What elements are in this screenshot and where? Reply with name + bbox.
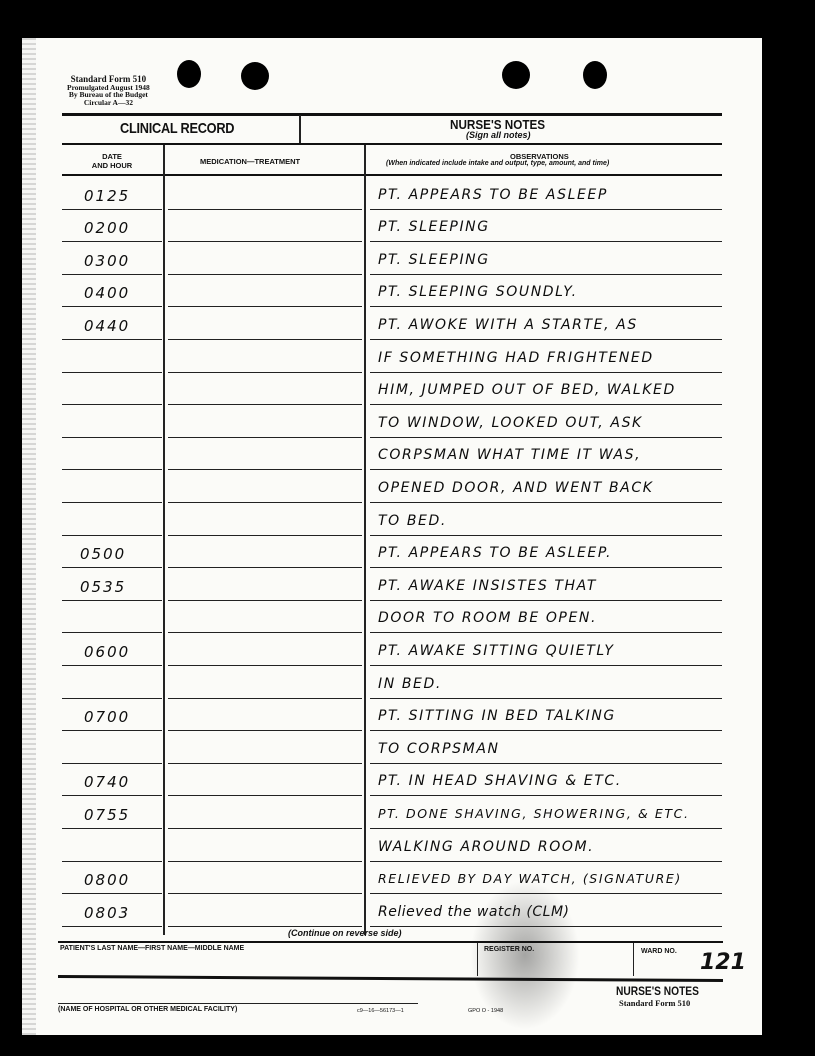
footer-form-number: Standard Form 510 <box>619 998 690 1008</box>
observation-cell-line <box>370 861 722 862</box>
medication-cell-line <box>168 763 362 764</box>
medication-cell-line <box>168 469 362 470</box>
date-cell-line <box>62 437 162 438</box>
header-bottom-rule <box>62 174 722 176</box>
punch-hole <box>241 62 269 90</box>
header-mid-rule <box>62 143 722 145</box>
entry-observation: PT. AWOKE WITH A STARTE, AS <box>378 317 638 333</box>
entry-observation: TO CORPSMAN <box>378 741 500 757</box>
form-identification: Standard Form 510 Promulgated August 194… <box>67 76 150 106</box>
date-cell-line <box>62 339 162 340</box>
medication-cell-line <box>168 535 362 536</box>
medication-cell-line <box>168 404 362 405</box>
date-cell-line <box>62 828 162 829</box>
entry-observation: PT. AWAKE SITTING QUIETLY <box>378 643 615 659</box>
medication-cell-line <box>168 209 362 210</box>
entry-time: 0740 <box>84 773 130 791</box>
footer-top-rule <box>58 941 723 943</box>
entry-time: 0800 <box>84 871 130 889</box>
entry-time: 0300 <box>84 252 130 270</box>
entry-observation: PT. APPEARS TO BE ASLEEP <box>378 187 608 203</box>
date-cell-line <box>62 404 162 405</box>
entry-observation: PT. SITTING IN BED TALKING <box>378 708 616 724</box>
entry-observation: PT. SLEEPING <box>378 252 490 268</box>
date-cell-line <box>62 600 162 601</box>
date-cell-line <box>62 665 162 666</box>
date-cell-line <box>62 372 162 373</box>
date-cell-line <box>62 502 162 503</box>
medication-cell-line <box>168 861 362 862</box>
ward-label: WARD NO. <box>641 948 677 955</box>
entry-observation: HIM, JUMPED OUT OF BED, WALKED <box>378 382 676 398</box>
observation-cell-line <box>370 698 722 699</box>
hospital-name-line <box>58 1003 418 1004</box>
date-cell-line <box>62 795 162 796</box>
col-header-observations-sub: (When indicated include intake and outpu… <box>386 160 609 167</box>
register-label: REGISTER NO. <box>484 946 534 953</box>
entry-observation: DOOR TO ROOM BE OPEN. <box>378 610 597 626</box>
column-divider-date <box>163 145 165 935</box>
medication-cell-line <box>168 828 362 829</box>
observation-cell-line <box>370 404 722 405</box>
observation-cell-line <box>370 339 722 340</box>
medication-cell-line <box>168 632 362 633</box>
medication-cell-line <box>168 698 362 699</box>
observation-cell-line <box>370 372 722 373</box>
punch-hole <box>177 60 201 88</box>
observation-cell-line <box>370 274 722 275</box>
header-top-rule <box>62 113 722 116</box>
medication-cell-line <box>168 502 362 503</box>
footer-divider-ward <box>633 943 634 976</box>
print-code: c9—16—56173—1 <box>357 1008 404 1014</box>
entry-observation: PT. SLEEPING <box>378 219 490 235</box>
entry-time: 0700 <box>84 708 130 726</box>
observation-cell-line <box>370 600 722 601</box>
footer-form-title: NURSE'S NOTES <box>616 984 699 998</box>
observation-cell-line <box>370 665 722 666</box>
observation-cell-line <box>370 567 722 568</box>
medication-cell-line <box>168 567 362 568</box>
entry-time: 0535 <box>80 578 126 596</box>
date-cell-line <box>62 763 162 764</box>
medication-cell-line <box>168 730 362 731</box>
date-cell-line <box>62 274 162 275</box>
entry-observation: CORPSMAN WHAT TIME IT WAS, <box>378 447 641 463</box>
date-cell-line <box>62 469 162 470</box>
observation-cell-line <box>370 469 722 470</box>
date-cell-line <box>62 209 162 210</box>
medication-cell-line <box>168 274 362 275</box>
date-cell-line <box>62 241 162 242</box>
medication-cell-line <box>168 893 362 894</box>
entry-observation: WALKING AROUND ROOM. <box>378 839 594 855</box>
observation-cell-line <box>370 795 722 796</box>
observation-cell-line <box>370 502 722 503</box>
entry-time: 0440 <box>84 317 130 335</box>
entry-observation: PT. DONE SHAVING, SHOWERING, & ETC. <box>378 806 690 821</box>
medication-cell-line <box>168 339 362 340</box>
header-divider <box>299 115 301 145</box>
observation-cell-line <box>370 535 722 536</box>
entry-observation: PT. SLEEPING SOUNDLY. <box>378 284 578 300</box>
medication-cell-line <box>168 600 362 601</box>
entry-time: 0200 <box>84 219 130 237</box>
entry-time: 0400 <box>84 284 130 302</box>
entry-observation: TO BED. <box>378 513 447 529</box>
entry-time: 0125 <box>84 187 130 205</box>
date-cell-line <box>62 567 162 568</box>
hospital-name-label: (NAME OF HOSPITAL OR OTHER MEDICAL FACIL… <box>58 1006 237 1013</box>
ward-number: 121 <box>700 950 746 975</box>
medication-cell-line <box>168 926 362 927</box>
medication-cell-line <box>168 241 362 242</box>
date-cell-line <box>62 861 162 862</box>
date-cell-line <box>62 632 162 633</box>
medication-cell-line <box>168 306 362 307</box>
medication-cell-line <box>168 795 362 796</box>
entry-time: 0600 <box>84 643 130 661</box>
observation-cell-line <box>370 437 722 438</box>
entry-observation: PT. IN HEAD SHAVING & ETC. <box>378 773 622 789</box>
patient-name-label: PATIENT'S LAST NAME—FIRST NAME—MIDDLE NA… <box>60 945 244 952</box>
gpo-code: GPO O - 1948 <box>468 1008 503 1014</box>
observation-cell-line <box>370 632 722 633</box>
punch-hole <box>583 61 607 89</box>
entry-time: 0755 <box>84 806 130 824</box>
entry-observation: TO WINDOW, LOOKED OUT, ASK <box>378 415 643 431</box>
entry-observation: OPENED DOOR, AND WENT BACK <box>378 480 654 496</box>
entry-observation: PT. AWAKE INSISTES THAT <box>378 578 597 594</box>
date-cell-line <box>62 730 162 731</box>
observation-cell-line <box>370 241 722 242</box>
medication-cell-line <box>168 372 362 373</box>
date-cell-line <box>62 893 162 894</box>
footer-divider-register <box>477 943 478 976</box>
clinical-record-title: CLINICAL RECORD <box>120 120 234 137</box>
medication-cell-line <box>168 665 362 666</box>
entry-observation: IF SOMETHING HAD FRIGHTENED <box>378 350 654 366</box>
entry-observation: PT. APPEARS TO BE ASLEEP. <box>378 545 612 561</box>
column-divider-medication <box>364 145 366 935</box>
observation-cell-line <box>370 306 722 307</box>
observation-cell-line <box>370 828 722 829</box>
date-cell-line <box>62 535 162 536</box>
entry-time: 0803 <box>84 904 130 922</box>
date-cell-line <box>62 306 162 307</box>
continue-note: (Continue on reverse side) <box>288 928 402 938</box>
entry-time: 0500 <box>80 545 126 563</box>
punch-hole <box>502 61 530 89</box>
medication-cell-line <box>168 437 362 438</box>
circular-label: Circular A—32 <box>67 99 150 107</box>
observation-cell-line <box>370 730 722 731</box>
date-cell-line <box>62 698 162 699</box>
col-header-medication: MEDICATION—TREATMENT <box>200 157 300 166</box>
observation-cell-line <box>370 209 722 210</box>
entry-observation: IN BED. <box>378 676 442 692</box>
sign-all-notes: (Sign all notes) <box>466 130 531 140</box>
col-header-date: DATE AND HOUR <box>82 152 142 170</box>
observation-cell-line <box>370 763 722 764</box>
date-cell-line <box>62 926 162 927</box>
